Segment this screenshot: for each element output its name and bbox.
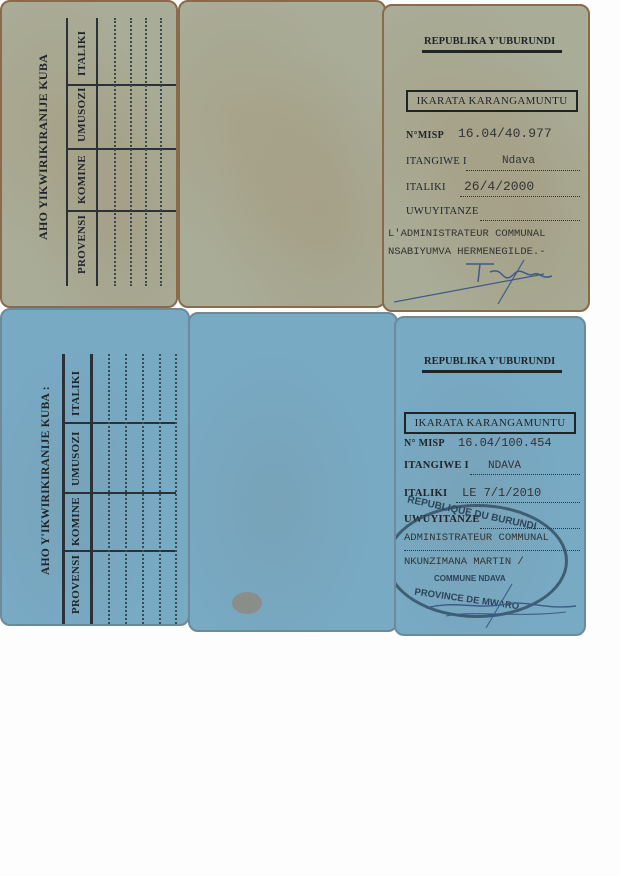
rust-stain xyxy=(232,592,262,614)
dotted-row xyxy=(175,354,177,624)
card-title-box: IKARATA KARANGAMUNTU xyxy=(406,90,578,112)
old-card-address-title: AHO YIKWIRIKIRANIJE KUBA xyxy=(36,54,51,240)
card-title-box: IKARATA KARANGAMUNTU xyxy=(404,412,576,434)
table-line xyxy=(96,18,98,286)
dotted-row xyxy=(145,18,147,286)
column-komine: KOMINE xyxy=(76,155,88,204)
table-line xyxy=(62,354,65,624)
misp-label: N° MISP xyxy=(404,438,445,449)
itangiwe-label: ITANGIWE I xyxy=(404,460,469,471)
issuer-title: L'ADMINISTRATEUR COMMUNAL xyxy=(388,228,546,240)
new-card-address-title: AHO Y'IKWIRIKIRANIJE KUBA : xyxy=(40,386,52,575)
old-card-middle-panel xyxy=(178,0,386,308)
new-card-right-panel: REPUBLIKA Y'UBURUNDI IKARATA KARANGAMUNT… xyxy=(394,316,586,636)
dotted-row xyxy=(160,18,162,286)
dotted-line xyxy=(456,502,580,503)
republic-underline xyxy=(422,50,562,53)
dotted-line xyxy=(470,474,580,475)
column-komine: KOMINE xyxy=(70,497,82,546)
dotted-row xyxy=(114,18,116,286)
dotted-row xyxy=(125,354,127,624)
dotted-row xyxy=(130,18,132,286)
signature xyxy=(394,256,574,306)
column-umusozi: UMUSOZI xyxy=(76,87,88,142)
misp-label: N°MISP xyxy=(406,130,444,141)
column-italiki: ITALIKI xyxy=(76,31,88,76)
itangiwe-label: ITANGIWE I xyxy=(406,156,467,167)
old-card-left-panel: AHO YIKWIRIKIRANIJE KUBA PROVENSI KOMINE… xyxy=(0,0,178,308)
misp-value: 16.04/40.977 xyxy=(458,126,552,141)
republic-heading: REPUBLIKA Y'UBURUNDI xyxy=(424,36,555,47)
dotted-line xyxy=(466,170,580,171)
column-umusozi: UMUSOZI xyxy=(70,431,82,486)
republic-underline xyxy=(422,370,562,373)
table-line xyxy=(90,354,93,624)
column-provensi: PROVENSI xyxy=(76,215,88,274)
dotted-line xyxy=(480,220,580,221)
new-card-middle-panel xyxy=(188,312,398,632)
dotted-row xyxy=(159,354,161,624)
misp-value: 16.04/100.454 xyxy=(458,436,552,450)
dotted-row xyxy=(142,354,144,624)
italiki-label: ITALIKI xyxy=(406,182,446,193)
column-provensi: PROVENSI xyxy=(70,555,82,614)
signature xyxy=(416,580,586,630)
uwuyitanze-label: UWUYITANZE xyxy=(406,206,479,217)
dotted-line xyxy=(460,196,580,197)
italiki-value: 26/4/2000 xyxy=(464,179,534,194)
itangiwe-value: Ndava xyxy=(502,155,535,167)
itangiwe-value: NDAVA xyxy=(488,460,521,472)
column-italiki: ITALIKI xyxy=(70,371,82,416)
old-card-right-panel: REPUBLIKA Y'UBURUNDI IKARATA KARANGAMUNT… xyxy=(382,4,590,312)
new-card-left-panel: AHO Y'IKWIRIKIRANIJE KUBA : PROVENSI KOM… xyxy=(0,308,190,626)
dotted-row xyxy=(108,354,110,624)
republic-heading: REPUBLIKA Y'UBURUNDI xyxy=(424,356,555,367)
table-line xyxy=(66,18,68,286)
italiki-value: LE 7/1/2010 xyxy=(462,486,541,500)
